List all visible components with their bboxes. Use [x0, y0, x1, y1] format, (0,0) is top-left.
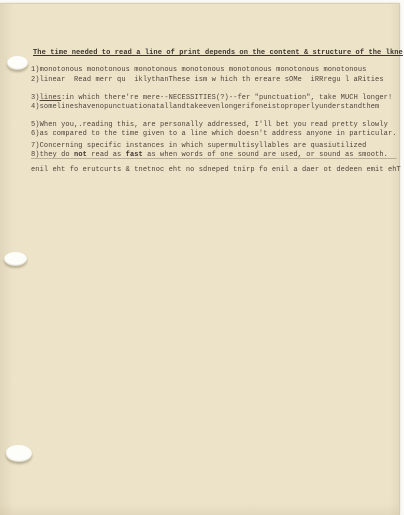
typed-line-4: 4)somelineshavenopunctuationatallandtake…	[31, 103, 379, 112]
typed-line-2: 2)linear Read merr qu iklythanThese ism …	[31, 76, 384, 85]
typed-divider: ________________________________________…	[31, 153, 397, 162]
document-title: The time needed to read a line of print …	[33, 49, 403, 58]
typed-line-7: 7)Concerning specific instances in which…	[31, 142, 366, 151]
punch-hole-top	[7, 56, 28, 70]
typed-line-6: 6)as compared to the time given to a lin…	[31, 130, 397, 139]
punch-hole-middle	[4, 252, 27, 266]
typed-line-1: 1)monotonous monotonous monotonous monot…	[31, 66, 366, 75]
reversed-footer-line: enil eht fo erutcurts & tnetnoc eht no s…	[31, 166, 401, 175]
document-page: The time needed to read a line of print …	[0, 3, 400, 515]
punch-hole-bottom	[6, 445, 32, 462]
typed-line-5: 5)When you,.reading this, are personally…	[31, 121, 388, 130]
typed-line-3: 3)lines:in which there're mere--NECESSIT…	[31, 94, 392, 103]
